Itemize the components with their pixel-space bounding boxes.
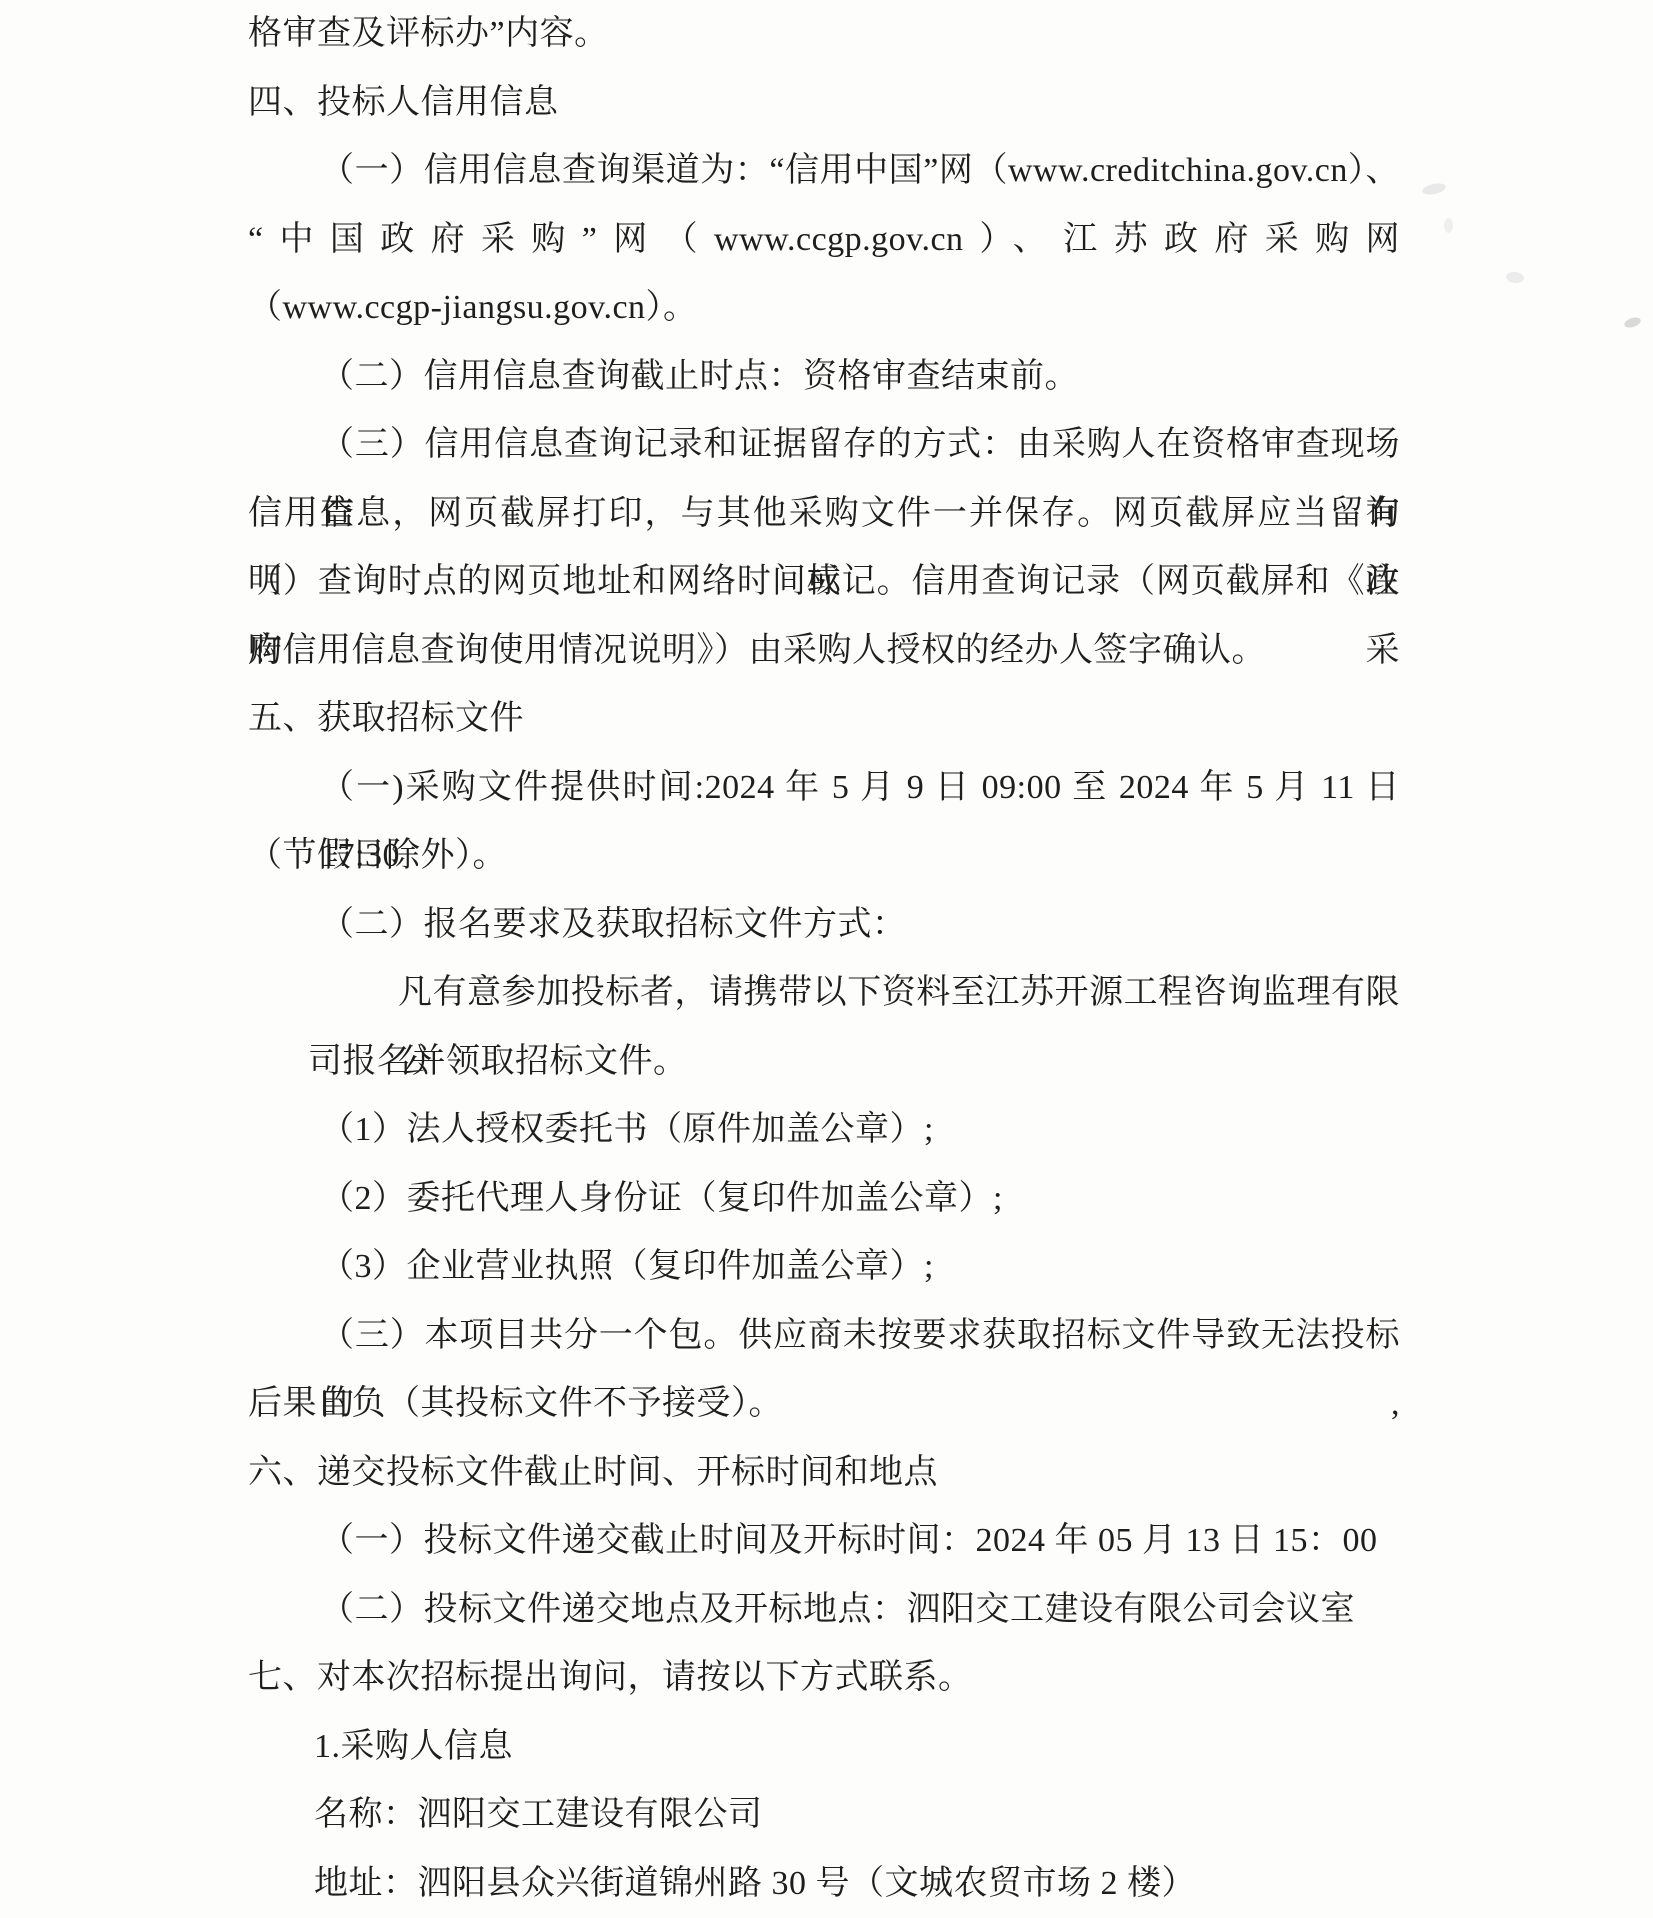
text-line: （三）信用信息查询记录和证据留存的方式：由采购人在资格审查现场查询 [248, 411, 1400, 480]
text-line: （二）报名要求及获取招标文件方式： [248, 891, 1400, 960]
text-line: 地址：泗阳县众兴街道锦州路 30 号（文城农贸市场 2 楼） [248, 1850, 1400, 1918]
text-line: （一)采购文件提供时间:2024 年 5 月 9 日 09:00 至 2024 … [248, 754, 1400, 823]
text-line: （一）投标文件递交截止时间及开标时间：2024 年 05 月 13 日 15：0… [248, 1507, 1400, 1576]
scan-artifact [1421, 182, 1447, 197]
text-line: （www.ccgp-jiangsu.gov.cn）。 [248, 274, 1400, 343]
scan-artifact [1505, 271, 1524, 284]
document-page: 格审查及评标办”内容。 四、投标人信用信息 （一）信用信息查询渠道为：“信用中国… [0, 0, 1653, 1918]
section-heading: 五、获取招标文件 [248, 685, 1400, 754]
section-heading: 七、对本次招标提出询问，请按以下方式联系。 [248, 1644, 1400, 1713]
section-heading: 六、递交投标文件截止时间、开标时间和地点 [248, 1439, 1400, 1508]
text-line: （二）信用信息查询截止时点：资格审查结束前。 [248, 343, 1400, 412]
text-line: 司报名并领取招标文件。 [248, 1028, 1400, 1097]
text-line: 购信用信息查询使用情况说明》）由采购人授权的经办人签字确认。 [248, 617, 1400, 686]
text-line: 凡有意参加投标者，请携带以下资料至江苏开源工程咨询监理有限公 [248, 959, 1400, 1028]
text-line: 信用信息，网页截屏打印，与其他采购文件一并保存。网页截屏应当留有（或注 [248, 480, 1400, 549]
list-item: （1）法人授权委托书（原件加盖公章）; [248, 1096, 1400, 1165]
list-item: （3）企业营业执照（复印件加盖公章）; [248, 1233, 1400, 1302]
text-line: （节假日除外）。 [248, 822, 1400, 891]
text-line: （一）信用信息查询渠道为：“信用中国”网（www.creditchina.gov… [248, 137, 1400, 206]
text-line: （二）投标文件递交地点及开标地点：泗阳交工建设有限公司会议室 [248, 1576, 1400, 1645]
text-line: （三）本项目共分一个包。供应商未按要求获取招标文件导致无法投标的, [248, 1302, 1400, 1371]
text-line: 1.采购人信息 [248, 1713, 1400, 1782]
list-item: （2）委托代理人身份证（复印件加盖公章）; [248, 1165, 1400, 1234]
scan-artifact [1623, 316, 1642, 330]
text-line: “中国政府采购”网（www.ccgp.gov.cn）、江苏政府采购网 [248, 206, 1400, 275]
scan-artifact [1444, 218, 1453, 233]
text-line: 名称：泗阳交工建设有限公司 [248, 1781, 1400, 1850]
text-line: 明）查询时点的网页地址和网络时间标记。信用查询记录（网页截屏和《政府采 [248, 548, 1400, 617]
section-heading: 四、投标人信用信息 [248, 69, 1400, 138]
text-line: 格审查及评标办”内容。 [248, 0, 1400, 69]
